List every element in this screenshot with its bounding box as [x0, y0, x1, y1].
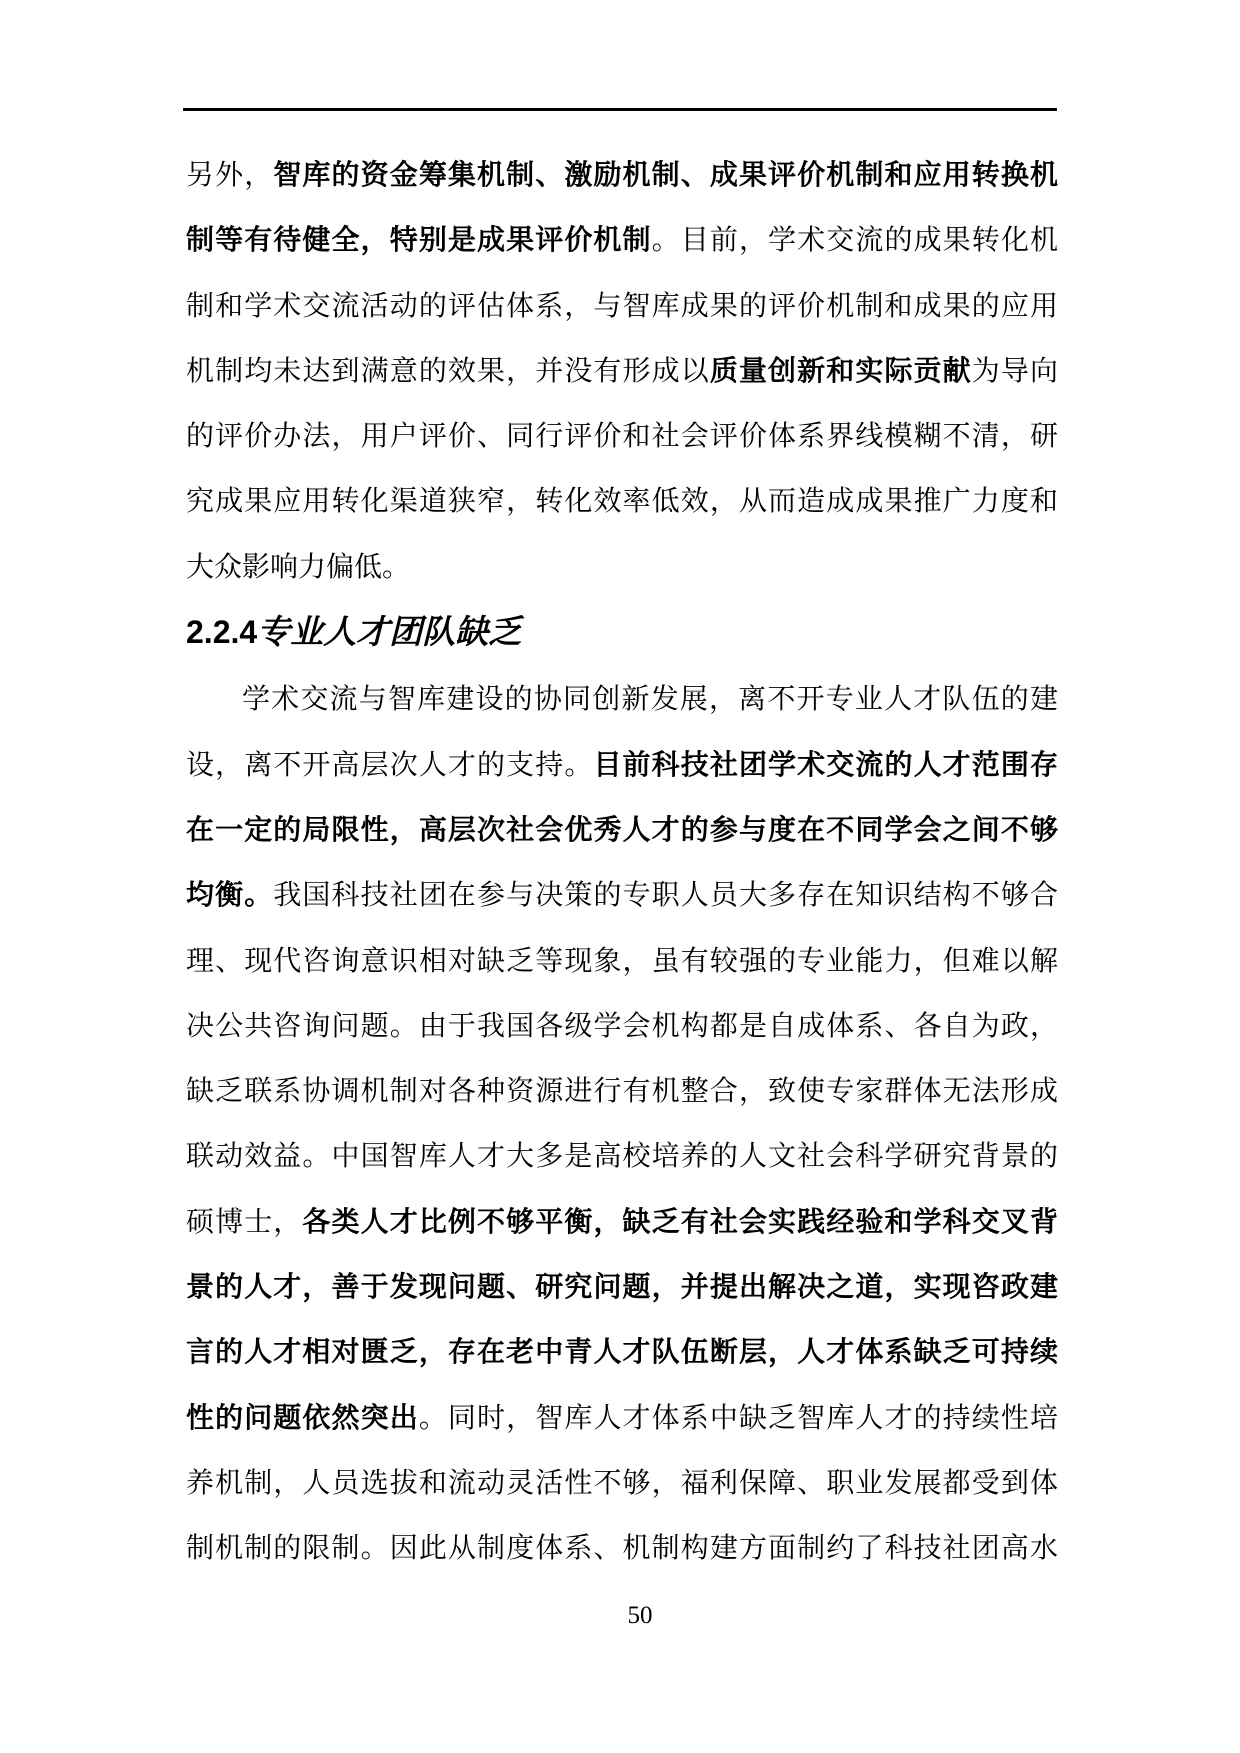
paragraph: 另外，智库的资金筹集机制、激励机制、成果评价机制和应用转换机制等有待健全，特别是… — [186, 143, 1058, 600]
bold-text: 目前科技社团学术交流的人才范围存 — [593, 750, 1058, 781]
bold-text: 均衡。 — [186, 880, 273, 911]
heading-text: 专业人才团队缺乏 — [257, 615, 521, 651]
text-line: 性的问题依然突出。同时，智库人才体系中缺乏智库人才的持续性培 — [186, 1386, 1058, 1451]
text-line: 景的人才，善于发现问题、研究问题，并提出解决之道，实现咨政建 — [186, 1255, 1058, 1320]
body-text: 设，离不开高层次人才的支持。 — [186, 750, 593, 781]
body-text: 硕博士， — [186, 1207, 302, 1238]
body-text: 另外， — [186, 160, 273, 191]
body-text: 联动效益。中国智库人才大多是高校培养的人文社会科学研究背景的 — [186, 1141, 1058, 1172]
text-line: 制和学术交流活动的评估体系，与智库成果的评价机制和成果的应用 — [186, 274, 1058, 339]
body-text: 缺乏联系协调机制对各种资源进行有机整合，致使专家群体无法形成 — [186, 1076, 1058, 1107]
text-line: 理、现代咨询意识相对缺乏等现象，虽有较强的专业能力，但难以解 — [186, 929, 1058, 994]
body-text: 制机制的限制。因此从制度体系、机制构建方面制约了科技社团高水 — [186, 1533, 1058, 1564]
bold-text: 智库的资金筹集机制、激励机制、成果评价机制和应用转换机 — [273, 160, 1058, 191]
body-text: 理、现代咨询意识相对缺乏等现象，虽有较强的专业能力，但难以解 — [186, 946, 1058, 977]
bold-text: 在一定的局限性，高层次社会优秀人才的参与度在不同学会之间不够 — [186, 815, 1058, 846]
text-line: 硕博士，各类人才比例不够平衡，缺乏有社会实践经验和学科交叉背 — [186, 1190, 1058, 1255]
header-rule — [183, 108, 1057, 111]
body-text: 。目前，学术交流的成果转化机 — [652, 225, 1058, 256]
body-text: 究成果应用转化渠道狭窄，转化效率低效，从而造成成果推广力度和 — [186, 486, 1058, 517]
text-line: 决公共咨询问题。由于我国各级学会机构都是自成体系、各自为政， — [186, 994, 1058, 1059]
body-text: 的评价办法，用户评价、同行评价和社会评价体系界线模糊不清，研 — [186, 421, 1058, 452]
bold-text: 景的人才，善于发现问题、研究问题，并提出解决之道，实现咨政建 — [186, 1272, 1058, 1303]
body-text: 。同时，智库人才体系中缺乏智库人才的持续性培 — [419, 1403, 1058, 1434]
text-line: 制机制的限制。因此从制度体系、机制构建方面制约了科技社团高水 — [186, 1516, 1058, 1581]
text-block: 另外，智库的资金筹集机制、激励机制、成果评价机制和应用转换机制等有待健全，特别是… — [186, 143, 1058, 1582]
text-line: 究成果应用转化渠道狭窄，转化效率低效，从而造成成果推广力度和 — [186, 469, 1058, 534]
text-line: 养机制，人员选拔和流动灵活性不够，福利保障、职业发展都受到体 — [186, 1451, 1058, 1516]
body-text: 大众影响力偏低。 — [186, 552, 410, 583]
text-line: 大众影响力偏低。 — [186, 535, 1058, 600]
body-text: 制和学术交流活动的评估体系，与智库成果的评价机制和成果的应用 — [186, 291, 1058, 322]
bold-text: 性的问题依然突出 — [186, 1403, 419, 1434]
text-line: 的评价办法，用户评价、同行评价和社会评价体系界线模糊不清，研 — [186, 404, 1058, 469]
body-text: 决公共咨询问题。由于我国各级学会机构都是自成体系、各自为政， — [186, 1011, 1058, 1042]
body-text: 为导向 — [972, 356, 1058, 387]
bold-text: 质量创新和实际贡献 — [710, 356, 972, 387]
text-line: 在一定的局限性，高层次社会优秀人才的参与度在不同学会之间不够 — [186, 798, 1058, 863]
page-footer: 50 — [40, 1601, 1240, 1631]
body-text: 学术交流与智库建设的协同创新发展，离不开专业人才队伍的建 — [242, 684, 1058, 715]
heading-number: 2.2.4 — [186, 614, 257, 650]
bold-text: 制等有待健全，特别是成果评价机制 — [186, 225, 652, 256]
bold-text: 各类人才比例不够平衡，缺乏有社会实践经验和学科交叉背 — [302, 1207, 1058, 1238]
body-text: 养机制，人员选拔和流动灵活性不够，福利保障、职业发展都受到体 — [186, 1468, 1058, 1499]
text-line: 机制均未达到满意的效果，并没有形成以质量创新和实际贡献为导向 — [186, 339, 1058, 404]
page-number: 50 — [628, 1602, 653, 1629]
text-line: 联动效益。中国智库人才大多是高校培养的人文社会科学研究背景的 — [186, 1124, 1058, 1189]
text-line: 制等有待健全，特别是成果评价机制。目前，学术交流的成果转化机 — [186, 208, 1058, 273]
text-line: 另外，智库的资金筹集机制、激励机制、成果评价机制和应用转换机 — [186, 143, 1058, 208]
body-text: 我国科技社团在参与决策的专职人员大多存在知识结构不够合 — [273, 880, 1058, 911]
text-line: 设，离不开高层次人才的支持。目前科技社团学术交流的人才范围存 — [186, 733, 1058, 798]
text-line: 缺乏联系协调机制对各种资源进行有机整合，致使专家群体无法形成 — [186, 1059, 1058, 1124]
text-line: 学术交流与智库建设的协同创新发展，离不开专业人才队伍的建 — [186, 667, 1058, 732]
text-line: 言的人才相对匮乏，存在老中青人才队伍断层，人才体系缺乏可持续 — [186, 1320, 1058, 1385]
bold-text: 言的人才相对匮乏，存在老中青人才队伍断层，人才体系缺乏可持续 — [186, 1337, 1058, 1368]
document-page: 另外，智库的资金筹集机制、激励机制、成果评价机制和应用转换机制等有待健全，特别是… — [0, 0, 1240, 1753]
paragraph: 学术交流与智库建设的协同创新发展，离不开专业人才队伍的建设，离不开高层次人才的支… — [186, 667, 1058, 1581]
section-heading: 2.2.4专业人才团队缺乏 — [186, 600, 1058, 667]
body-text: 机制均未达到满意的效果，并没有形成以 — [186, 356, 710, 387]
text-line: 均衡。我国科技社团在参与决策的专职人员大多存在知识结构不够合 — [186, 863, 1058, 928]
